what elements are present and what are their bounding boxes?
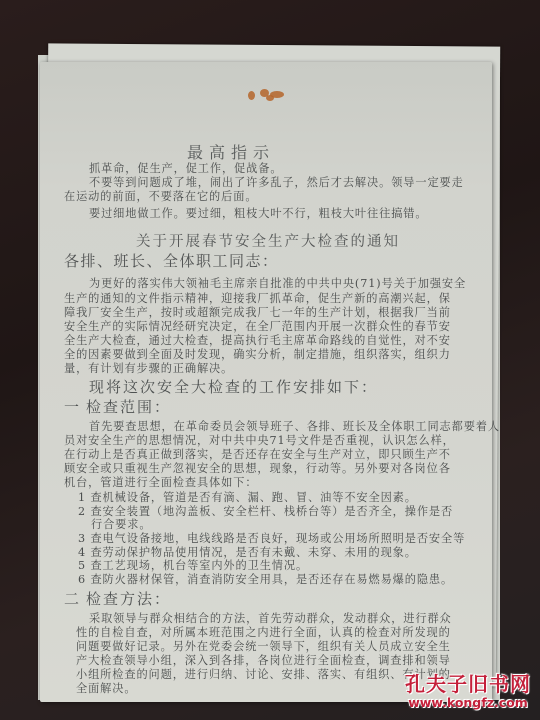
- paragraph-line: 量，有计划有步骤的正确解决。: [64, 360, 233, 376]
- paragraph-line: 为更好的落实伟大领袖毛主席亲自批准的中共中央(71)号关于加强安全: [89, 275, 466, 291]
- quote-line: 要过细地做工作。要过细，粗枝大叶不行，粗枝大叶往往搞错。: [89, 205, 427, 221]
- section-heading: 检查方法：: [86, 588, 171, 609]
- paragraph-line: 机台，管道进行全面检查具体如下：: [64, 474, 257, 490]
- quote-line: 在运动的前面，不要落在它的后面。: [64, 188, 257, 204]
- watermark-url: www.kongfz.com: [405, 695, 531, 710]
- section-heading: 检查范围：: [86, 396, 171, 417]
- paragraph-line: 全面解决。: [76, 680, 136, 696]
- watermark-name: 孔夫子旧书网: [405, 668, 531, 697]
- section-number: 二: [64, 588, 81, 609]
- arrangement-heading: 现将这次安全大检查的工作安排如下：: [89, 376, 378, 397]
- salutation: 各排、班长、全体职工同志：: [64, 250, 279, 271]
- notice-title: 关于开展春节安全生产大检查的通知: [136, 230, 400, 251]
- document-content: 最高指示 抓革命，促生产，促工作，促战备。 不要等到问题成了堆，闹出了许多乱子，…: [0, 0, 540, 720]
- watermark: 孔夫子旧书网 www.kongfz.com: [405, 668, 531, 710]
- checklist-item: 6 查防火器材保管，消查消防安全用具，是否还存在易燃易爆的隐患。: [78, 571, 453, 587]
- section-number: 一: [64, 396, 81, 417]
